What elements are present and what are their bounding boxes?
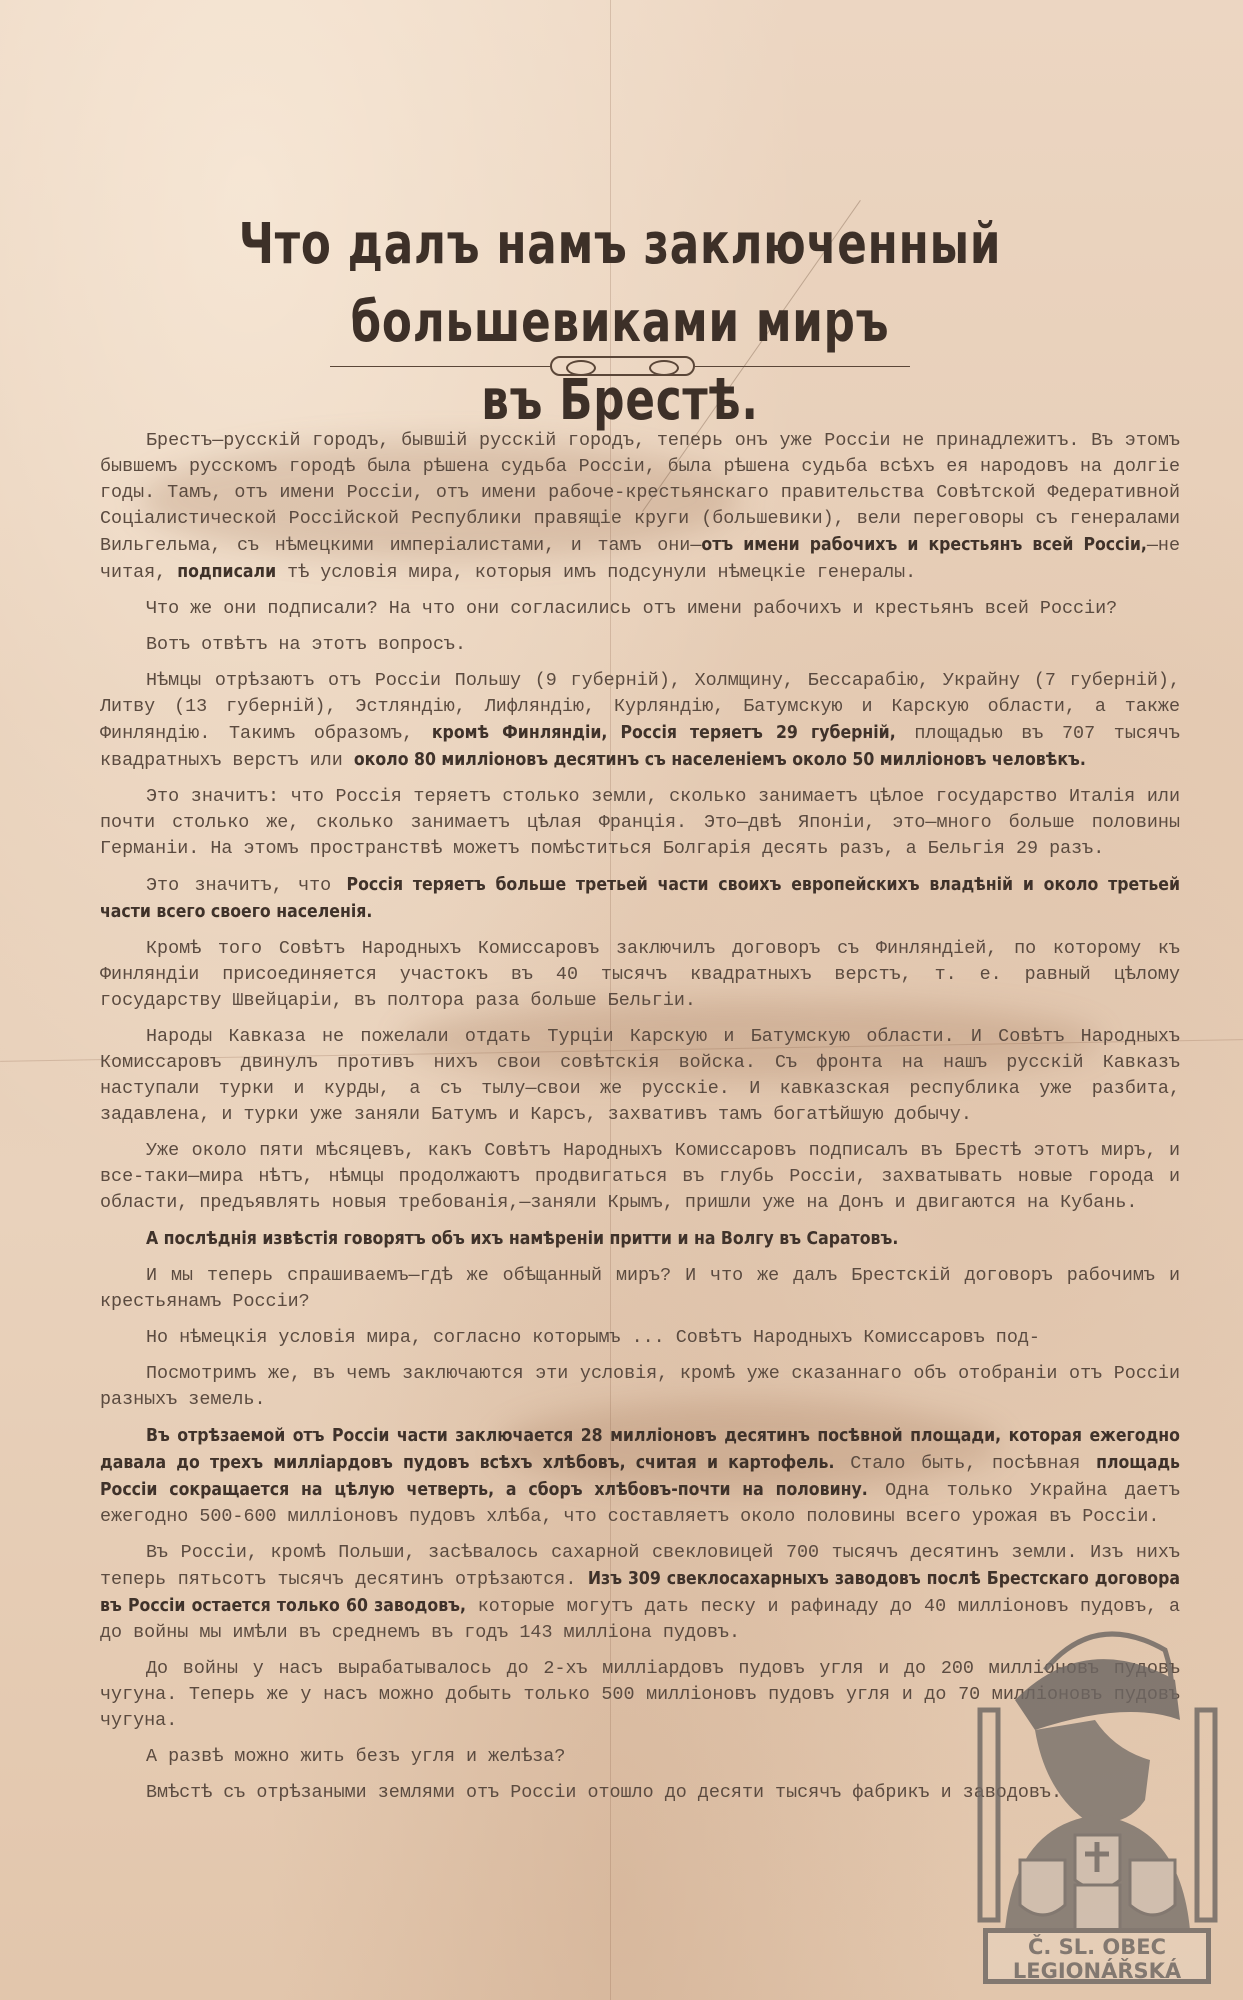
emphasized-text: подписали <box>177 562 276 582</box>
paragraph: Это значитъ, что Россія теряетъ больше т… <box>100 872 1180 926</box>
paragraph: Народы Кавказа не пожелали отдать Турціи… <box>100 1024 1180 1128</box>
paragraph: Посмотримъ же, въ чемъ заключаются эти у… <box>100 1361 1180 1413</box>
text-run: тѣ условія мира, которыя имъ подсунули н… <box>276 562 916 583</box>
paragraph: Но нѣмецкія условія мира, согласно котор… <box>100 1325 1180 1351</box>
paragraph: Брестъ—русскій городъ, бывшій русскій го… <box>100 428 1180 586</box>
text-run: Уже около пяти мѣсяцевъ, какъ Совѣтъ Нар… <box>100 1140 1180 1213</box>
emphasized-text: около 80 милліоновъ десятинъ съ населені… <box>354 750 1086 770</box>
emphasized-text: А послѣднія извѣстія говорятъ объ ихъ на… <box>146 1229 898 1249</box>
divider-rule <box>330 366 550 367</box>
scanned-leaflet: Что далъ намъ заключенный большевиками м… <box>0 0 1243 2000</box>
text-run: И мы теперь спрашиваемъ—гдѣ же обѣщанный… <box>100 1265 1180 1312</box>
text-run: Стало быть, посѣвная <box>834 1453 1096 1474</box>
stamp-label: Č. SL. OBEC LEGIONÁŘSKÁ <box>983 1928 1211 1984</box>
text-run: Кромѣ того Совѣтъ Народныхъ Комиссаровъ … <box>100 938 1180 1011</box>
text-run: Что же они подписали? На что они согласи… <box>146 598 1117 619</box>
stamp-line: LEGIONÁŘSKÁ <box>988 1959 1206 1983</box>
soldier-helmet-emblem-icon <box>975 1610 1220 1930</box>
title-line: Что далъ намъ заключенный большевиками м… <box>183 206 1057 362</box>
paragraph: И мы теперь спрашиваемъ—гдѣ же обѣщанный… <box>100 1263 1180 1315</box>
stamp-line: Č. SL. OBEC <box>988 1935 1206 1959</box>
text-run: Посмотримъ же, въ чемъ заключаются эти у… <box>100 1363 1180 1410</box>
emphasized-text: отъ имени рабочихъ и крестьянъ всей Росс… <box>701 535 1147 555</box>
paragraph: Это значитъ: что Россія теряетъ столько … <box>100 784 1180 862</box>
document-title: Что далъ намъ заключенный большевиками м… <box>183 206 1057 440</box>
knot-ornament-icon <box>550 356 695 376</box>
paragraph: Вотъ отвѣтъ на этотъ вопросъ. <box>100 632 1180 658</box>
paragraph: Что же они подписали? На что они согласи… <box>100 596 1180 622</box>
text-run: Это значитъ: что Россія теряетъ столько … <box>100 786 1180 859</box>
paragraph: Въ отрѣзаемой отъ Россіи части заключает… <box>100 1423 1180 1530</box>
ornamental-divider <box>330 354 910 378</box>
divider-rule <box>695 366 910 367</box>
paragraph: Уже около пяти мѣсяцевъ, какъ Совѣтъ Нар… <box>100 1138 1180 1216</box>
paragraph: Нѣмцы отрѣзаютъ отъ Россіи Польшу (9 губ… <box>100 668 1180 774</box>
text-run: Вмѣстѣ съ отрѣзаными землями отъ Россіи … <box>146 1782 1062 1803</box>
text-run: Но нѣмецкія условія мира, согласно котор… <box>146 1327 1040 1348</box>
emphasized-text: кромѣ Финляндіи, Россія теряетъ 29 губер… <box>432 723 896 743</box>
text-run: А развѣ можно жить безъ угля и желѣза? <box>146 1746 565 1767</box>
text-run: Народы Кавказа не пожелали отдать Турціи… <box>100 1026 1180 1125</box>
text-run: Это значитъ, что <box>146 875 347 896</box>
text-run: Вотъ отвѣтъ на этотъ вопросъ. <box>146 634 466 655</box>
paragraph: Кромѣ того Совѣтъ Народныхъ Комиссаровъ … <box>100 936 1180 1014</box>
article-body: Брестъ—русскій городъ, бывшій русскій го… <box>100 428 1180 1816</box>
paragraph: А послѣднія извѣстія говорятъ объ ихъ на… <box>100 1226 1180 1253</box>
legion-watermark-stamp: Č. SL. OBEC LEGIONÁŘSKÁ <box>975 1610 1220 1990</box>
